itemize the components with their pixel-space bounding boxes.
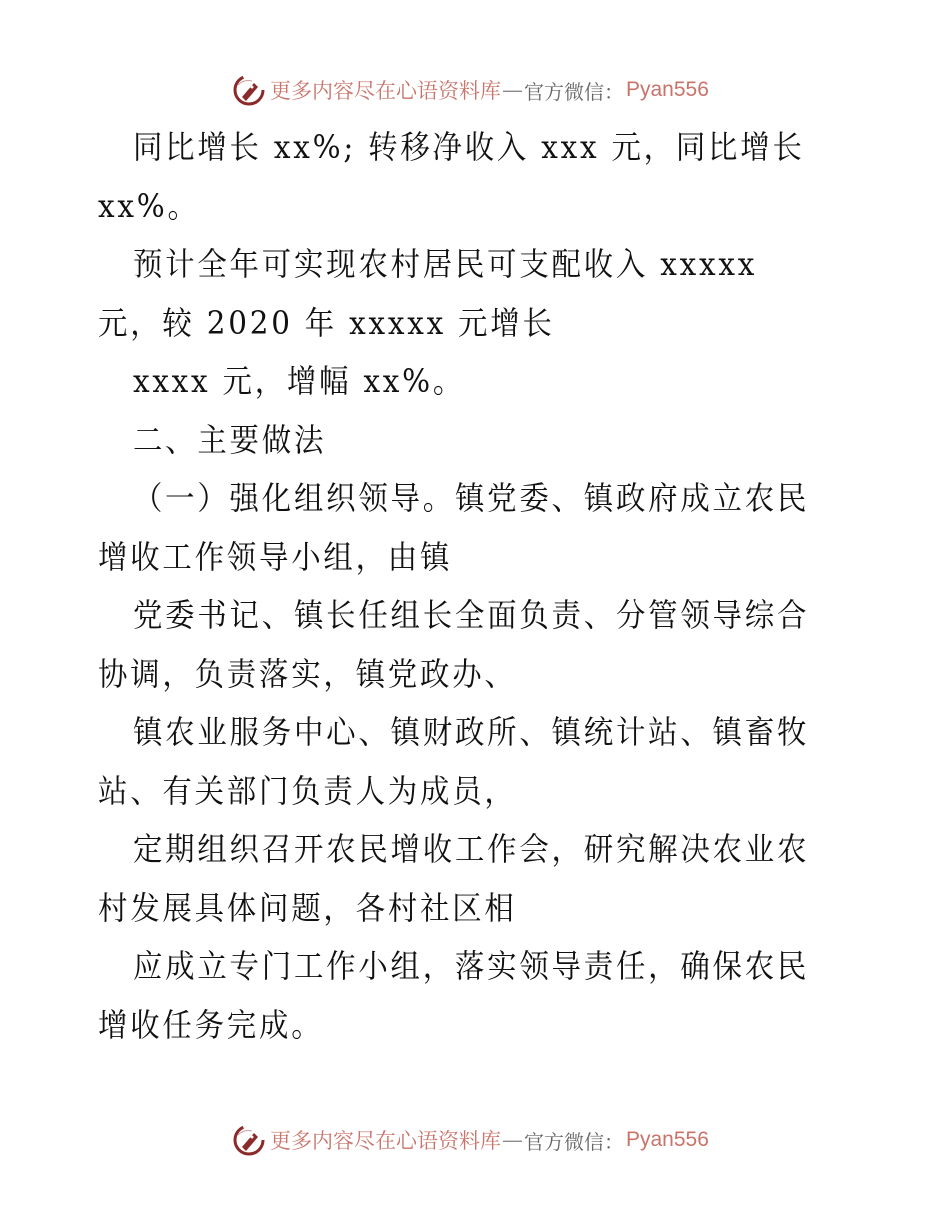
text-line: 应成立专门工作小组，落实领导责任，确保农民 — [98, 937, 797, 996]
banner-wechat-label: 官方微信： — [524, 1126, 624, 1155]
text-line: 同比增长 xx%; 转移净收入 xxx 元，同比增长 — [98, 118, 797, 177]
footer-watermark-banner: 更多内容尽在心语资料库 — 官方微信： Pyan556 — [232, 1120, 712, 1160]
text-line: 增收工作领导小组，由镇 — [98, 528, 797, 587]
text-line: （一）强化组织领导。镇党委、镇政府成立农民 — [98, 469, 797, 528]
text-line: 村发展具体问题，各村社区相 — [98, 879, 797, 938]
text-line: 镇农业服务中心、镇财政所、镇统计站、镇畜牧 — [98, 703, 797, 762]
text-line: 增收任务完成。 — [98, 996, 797, 1055]
text-line: 协调，负责落实，镇党政办、 — [98, 645, 797, 704]
text-line: 站、有关部门负责人为成员， — [98, 762, 797, 821]
section-heading: 二、主要做法 — [98, 411, 797, 470]
pen-nib-logo-icon — [232, 1123, 266, 1157]
header-watermark-banner: 更多内容尽在心语资料库 — 官方微信： Pyan556 — [232, 70, 712, 110]
text-line: xxxx 元，增幅 xx%。 — [98, 352, 797, 411]
pen-nib-logo-icon — [232, 73, 266, 107]
text-line: xx%。 — [98, 177, 797, 236]
banner-wechat-id: Pyan556 — [626, 1128, 709, 1152]
banner-wechat-label: 官方微信： — [524, 76, 624, 105]
document-body: 同比增长 xx%; 转移净收入 xxx 元，同比增长 xx%。 预计全年可实现农… — [98, 118, 858, 1054]
banner-wechat-id: Pyan556 — [626, 78, 709, 102]
text-line: 元，较 2020 年 xxxxx 元增长 — [98, 294, 797, 353]
banner-main-text: 更多内容尽在心语资料库 — [270, 1125, 501, 1155]
text-line: 预计全年可实现农村居民可支配收入 xxxxx — [98, 235, 797, 294]
text-line: 党委书记、镇长任组长全面负责、分管领导综合 — [98, 586, 797, 645]
banner-main-text: 更多内容尽在心语资料库 — [270, 75, 501, 105]
banner-dash: — — [502, 1128, 523, 1152]
banner-dash: — — [502, 78, 523, 102]
text-line: 定期组织召开农民增收工作会，研究解决农业农 — [98, 820, 797, 879]
